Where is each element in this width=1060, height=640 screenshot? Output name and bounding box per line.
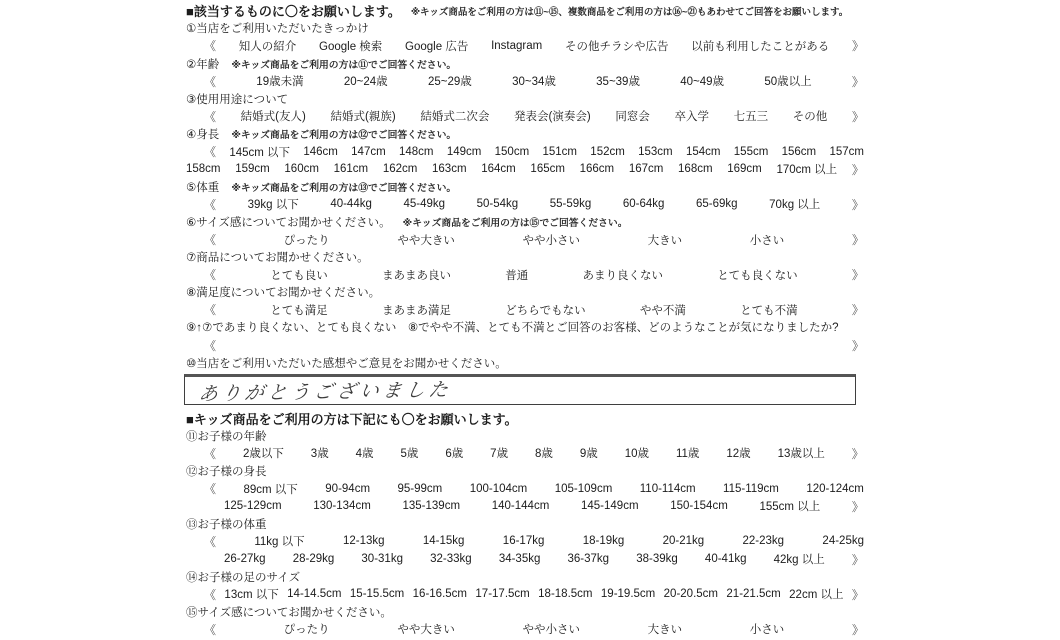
survey-option: Google 検索 xyxy=(319,38,382,54)
survey-option: 7歳 xyxy=(490,445,508,461)
question-label-row: ⑤体重※キッズ商品をご利用の方は⑬でご回答ください。 xyxy=(186,178,864,196)
survey-option: 168cm xyxy=(678,163,713,175)
survey-option: 155cm xyxy=(734,146,769,158)
open-bracket: 《 xyxy=(204,231,216,248)
survey-option: やや小さい xyxy=(522,621,580,637)
survey-option: 50歳以上 xyxy=(764,73,811,89)
close-bracket: 》 xyxy=(852,498,864,515)
survey-option: 90-94cm xyxy=(325,483,370,495)
section-header: ■該当するものに〇をお願いします。※キッズ商品をご利用の方は⑪~⑮、複数商品をご… xyxy=(186,2,864,20)
question-label-row: ⑬お子様の体重 xyxy=(186,515,864,533)
survey-option: 5歳 xyxy=(400,445,418,461)
question-q1: ①当店をご利用いただいたきっかけ《知人の紹介Google 検索Google 広告… xyxy=(186,20,864,55)
survey-option: まあまあ満足 xyxy=(382,302,451,318)
close-bracket: 》 xyxy=(852,196,864,213)
survey-option: 55-59kg xyxy=(550,198,592,210)
survey-option: 大きい xyxy=(648,232,683,248)
survey-option: とても良い xyxy=(270,267,328,283)
question-label: ⑭お子様の足のサイズ xyxy=(186,569,300,585)
survey-option: 26-27kg xyxy=(224,553,266,565)
question-label-row: ①当店をご利用いただいたきっかけ xyxy=(186,20,864,38)
close-bracket: 》 xyxy=(852,108,864,125)
open-bracket: 《 xyxy=(204,480,216,497)
open-bracket: 《 xyxy=(204,143,216,160)
close-bracket: 》 xyxy=(852,266,864,283)
close-bracket: 》 xyxy=(852,231,864,248)
question-q8: ⑧満足度についてお聞かせください。《とても満足まあまあ満足どちらでもないやや不満… xyxy=(186,284,864,319)
survey-option: 147cm xyxy=(351,146,386,158)
open-bracket: 《 xyxy=(204,73,216,90)
survey-option: 20-21kg xyxy=(663,535,705,547)
survey-option: 3歳 xyxy=(311,445,329,461)
survey-option: 120-124cm xyxy=(806,483,864,495)
question-q4: ④身長※キッズ商品をご利用の方は⑫でご回答ください。《145cm 以下146cm… xyxy=(186,125,864,178)
survey-option: 115-119cm xyxy=(723,483,779,495)
survey-option: 12-13kg xyxy=(343,535,385,547)
survey-option: あまり良くない xyxy=(582,267,663,283)
question-label: ⑤体重 xyxy=(186,179,219,195)
survey-option: 12歳 xyxy=(726,445,750,461)
survey-option: 145-149cm xyxy=(581,500,639,512)
handwritten-response: ありがとうございました xyxy=(197,375,454,406)
survey-option: 19-19.5cm xyxy=(601,588,655,600)
survey-option: 38-39kg xyxy=(636,553,678,565)
question-q11: ⑪お子様の年齢《2歳以下3歳4歳5歳6歳7歳8歳9歳10歳11歳12歳13歳以上… xyxy=(186,427,864,462)
question-label: ①当店をご利用いただいたきっかけ xyxy=(186,20,369,36)
question-label-row: ③使用用途について xyxy=(186,90,864,108)
survey-option: 9歳 xyxy=(580,445,598,461)
survey-option: 30~34歳 xyxy=(512,73,556,89)
question-label-row: ⑧満足度についてお聞かせください。 xyxy=(186,284,864,302)
survey-option: 知人の紹介 xyxy=(239,38,297,54)
question-label: ⑧満足度についてお聞かせください。 xyxy=(186,284,380,300)
survey-option: 以前も利用したことがある xyxy=(691,38,829,54)
options-row: 《2歳以下3歳4歳5歳6歳7歳8歳9歳10歳11歳12歳13歳以上》 xyxy=(186,445,864,463)
question-label: ③使用用途について xyxy=(186,91,288,107)
free-response-box: ありがとうございました xyxy=(184,374,856,405)
survey-option: 100-104cm xyxy=(470,483,528,495)
close-bracket: 》 xyxy=(852,337,864,354)
open-bracket: 《 xyxy=(204,586,216,603)
survey-option: 4歳 xyxy=(356,445,374,461)
survey-option: 70kg 以上 xyxy=(769,196,820,212)
survey-option: 89cm 以下 xyxy=(243,481,297,497)
survey-option: 19歳未満 xyxy=(256,73,303,89)
close-bracket: 》 xyxy=(852,161,864,178)
scanned-survey-page: ■該当するものに〇をお願いします。※キッズ商品をご利用の方は⑪~⑮、複数商品をご… xyxy=(0,0,1060,640)
options-row: 158cm159cm160cm161cm162cm163cm164cm165cm… xyxy=(186,160,864,178)
survey-option: 50-54kg xyxy=(477,198,519,210)
question-q3: ③使用用途について《結婚式(友人)結婚式(親族)結婚式二次会発表会(演奏会)同窓… xyxy=(186,90,864,125)
section-header: ■キッズ商品をご利用の方は下記にも〇をお願いします。 xyxy=(186,409,864,427)
survey-option: 14-14.5cm xyxy=(287,588,341,600)
question-label-row: ⑨↑⑦であまり良くない、とても良くない ⑧でやや不満、とても不満とご回答のお客様… xyxy=(186,319,864,337)
question-q13: ⑬お子様の体重《11kg 以下12-13kg14-15kg16-17kg18-1… xyxy=(186,515,864,568)
survey-option: 60-64kg xyxy=(623,198,665,210)
survey-option: 結婚式二次会 xyxy=(420,108,489,124)
survey-option: 65-69kg xyxy=(696,198,738,210)
survey-option: 154cm xyxy=(686,146,721,158)
survey-option: 125-129cm xyxy=(224,500,282,512)
options-row: 《89cm 以下90-94cm95-99cm100-104cm105-109cm… xyxy=(186,480,864,498)
open-bracket: 《 xyxy=(204,337,216,354)
survey-option: 発表会(演奏会) xyxy=(514,108,591,124)
question-note: ※キッズ商品をご利用の方は⑫でご回答ください。 xyxy=(231,127,456,141)
survey-option: 七五三 xyxy=(734,108,769,124)
open-bracket: 《 xyxy=(204,108,216,125)
survey-option: 135-139cm xyxy=(403,500,461,512)
survey-option: 40-44kg xyxy=(330,198,372,210)
question-q15: ⑮サイズ感についてお聞かせください。《ぴったりやや大きいやや小さい大きい小さい》 xyxy=(186,603,864,638)
survey-option: 25~29歳 xyxy=(428,73,472,89)
survey-option: 35~39歳 xyxy=(596,73,640,89)
survey-option: 18-18.5cm xyxy=(538,588,592,600)
section-title: ■キッズ商品をご利用の方は下記にも〇をお願いします。 xyxy=(186,409,518,428)
options-row: 《とても満足まあまあ満足どちらでもないやや不満とても不満》 xyxy=(186,301,864,319)
close-bracket: 》 xyxy=(852,301,864,318)
close-bracket: 》 xyxy=(852,586,864,603)
survey-option: 164cm xyxy=(481,163,516,175)
survey-option: 15-15.5cm xyxy=(350,588,404,600)
survey-option: 39kg 以下 xyxy=(248,196,299,212)
survey-option: ぴったり xyxy=(284,232,330,248)
survey-option: 95-99cm xyxy=(398,483,443,495)
question-label: ⑮サイズ感についてお聞かせください。 xyxy=(186,604,392,620)
question-label: ⑨↑⑦であまり良くない、とても良くない ⑧でやや不満、とても不満とご回答のお客様… xyxy=(186,319,839,335)
question-q14: ⑭お子様の足のサイズ《13cm 以下14-14.5cm15-15.5cm16-1… xyxy=(186,568,864,603)
close-bracket: 》 xyxy=(852,445,864,462)
survey-option: 170cm 以上 xyxy=(776,161,837,177)
options-row: 《結婚式(友人)結婚式(親族)結婚式二次会発表会(演奏会)同窓会卒入学七五三その… xyxy=(186,108,864,126)
survey-option: ぴったり xyxy=(284,621,330,637)
survey-option: 16-17kg xyxy=(503,535,545,547)
options-row: 《ぴったりやや大きいやや小さい大きい小さい》 xyxy=(186,621,864,639)
survey-option: その他チラシや広告 xyxy=(565,38,669,54)
question-label: ⑬お子様の体重 xyxy=(186,516,267,532)
survey-option: 40~49歳 xyxy=(680,73,724,89)
question-label-row: ⑩当店をご利用いただいた感想やご意見をお聞かせください。 xyxy=(186,354,864,372)
question-label: ④身長 xyxy=(186,126,219,142)
survey-option: 20-20.5cm xyxy=(664,588,718,600)
survey-option: 20~24歳 xyxy=(344,73,388,89)
survey-option: 8歳 xyxy=(535,445,553,461)
survey-section: ■キッズ商品をご利用の方は下記にも〇をお願いします。⑪お子様の年齢《2歳以下3歳… xyxy=(186,409,864,638)
survey-option: 45-49kg xyxy=(403,198,445,210)
survey-option: 158cm xyxy=(186,163,221,175)
question-q5: ⑤体重※キッズ商品をご利用の方は⑬でご回答ください。《39kg 以下40-44k… xyxy=(186,178,864,213)
open-bracket: 《 xyxy=(204,533,216,550)
survey-option: 22-23kg xyxy=(743,535,785,547)
question-label-row: ⑮サイズ感についてお聞かせください。 xyxy=(186,603,864,621)
question-q6: ⑥サイズ感についてお聞かせください。※キッズ商品をご利用の方は⑮でご回答ください… xyxy=(186,213,864,248)
survey-option: 148cm xyxy=(399,146,434,158)
survey-option: どちらでもない xyxy=(505,302,585,318)
close-bracket: 》 xyxy=(852,621,864,638)
survey-option: 152cm xyxy=(590,146,625,158)
open-bracket: 《 xyxy=(204,196,216,213)
question-q2: ②年齢※キッズ商品をご利用の方は⑪でご回答ください。《19歳未満20~24歳25… xyxy=(186,55,864,90)
options-row: 125-129cm130-134cm135-139cm140-144cm145-… xyxy=(186,497,864,515)
survey-option: 140-144cm xyxy=(492,500,550,512)
survey-option: 14-15kg xyxy=(423,535,465,547)
survey-option: 21-21.5cm xyxy=(726,588,780,600)
survey-option: 17-17.5cm xyxy=(475,588,529,600)
survey-option: 130-134cm xyxy=(313,500,371,512)
question-label-row: ⑥サイズ感についてお聞かせください。※キッズ商品をご利用の方は⑮でご回答ください… xyxy=(186,213,864,231)
survey-option: とても満足 xyxy=(270,302,328,318)
question-label: ⑫お子様の身長 xyxy=(186,463,267,479)
survey-option: 28-29kg xyxy=(293,553,335,565)
survey-option: とても良くない xyxy=(717,267,798,283)
survey-option: 157cm xyxy=(829,146,864,158)
close-bracket: 》 xyxy=(852,551,864,568)
question-label: ⑥サイズ感についてお聞かせください。 xyxy=(186,214,391,230)
survey-option: 10歳 xyxy=(625,445,649,461)
survey-option: 22cm 以上 xyxy=(789,586,843,602)
options-row: 26-27kg28-29kg30-31kg32-33kg34-35kg36-37… xyxy=(186,550,864,568)
survey-option: 16-16.5cm xyxy=(413,588,467,600)
open-bracket: 《 xyxy=(204,37,216,54)
survey-option: 110-114cm xyxy=(640,483,696,495)
question-note: ※キッズ商品をご利用の方は⑪でご回答ください。 xyxy=(231,57,456,71)
question-label-row: ⑫お子様の身長 xyxy=(186,462,864,480)
survey-option: まあまあ良い xyxy=(382,267,451,283)
question-q10: ⑩当店をご利用いただいた感想やご意見をお聞かせください。ありがとうございました xyxy=(186,354,864,406)
options-row: 《11kg 以下12-13kg14-15kg16-17kg18-19kg20-2… xyxy=(186,533,864,551)
question-label: ②年齢 xyxy=(186,56,219,72)
survey-option: 153cm xyxy=(638,146,673,158)
survey-option: 34-35kg xyxy=(499,553,541,565)
survey-option: やや大きい xyxy=(397,621,455,637)
survey-option: Google 広告 xyxy=(405,38,468,54)
survey-option: 145cm 以下 xyxy=(229,144,290,160)
survey-option: 155cm 以上 xyxy=(760,498,821,514)
survey-option: 150-154cm xyxy=(670,500,728,512)
question-label-row: ⑦商品についてお聞かせください。 xyxy=(186,248,864,266)
close-bracket: 》 xyxy=(852,37,864,54)
section-title: ■該当するものに〇をお願いします。 xyxy=(186,1,401,20)
survey-option: 156cm xyxy=(782,146,817,158)
survey-option: 163cm xyxy=(432,163,467,175)
options-row: 《とても良いまあまあ良い普通あまり良くないとても良くない》 xyxy=(186,266,864,284)
survey-option: 結婚式(友人) xyxy=(241,108,306,124)
survey-option: 11kg 以下 xyxy=(254,533,304,549)
question-note: ※キッズ商品をご利用の方は⑮でご回答ください。 xyxy=(403,215,628,229)
question-label-row: ⑭お子様の足のサイズ xyxy=(186,568,864,586)
survey-option: やや不満 xyxy=(640,302,686,318)
survey-option: 18-19kg xyxy=(583,535,625,547)
survey-option: 2歳以下 xyxy=(243,445,284,461)
options-row: 《145cm 以下146cm147cm148cm149cm150cm151cm1… xyxy=(186,143,864,161)
question-label: ⑦商品についてお聞かせください。 xyxy=(186,249,369,265)
survey-option: 166cm xyxy=(580,163,615,175)
survey-option: やや小さい xyxy=(522,232,580,248)
survey-option: 大きい xyxy=(648,621,683,637)
question-label: ⑪お子様の年齢 xyxy=(186,428,267,444)
survey-option: 普通 xyxy=(505,267,528,283)
survey-option: やや大きい xyxy=(397,232,455,248)
survey-option: 160cm xyxy=(284,163,319,175)
survey-option: 159cm xyxy=(235,163,270,175)
open-bracket: 《 xyxy=(204,445,216,462)
survey-option: 13cm 以下 xyxy=(224,586,278,602)
survey-option: 同窓会 xyxy=(615,108,650,124)
question-label-row: ④身長※キッズ商品をご利用の方は⑫でご回答ください。 xyxy=(186,125,864,143)
options-row: 《39kg 以下40-44kg45-49kg50-54kg55-59kg60-6… xyxy=(186,196,864,214)
survey-option: 162cm xyxy=(383,163,418,175)
survey-option: 13歳以上 xyxy=(778,445,825,461)
open-bracket: 《 xyxy=(204,621,216,638)
survey-option: 結婚式(親族) xyxy=(331,108,396,124)
section-note: ※キッズ商品をご利用の方は⑪~⑮、複数商品をご利用の方は⑯~㉑もあわせてご回答を… xyxy=(411,4,848,18)
survey-option: 151cm xyxy=(542,146,577,158)
survey-option: 6歳 xyxy=(445,445,463,461)
survey-option: 105-109cm xyxy=(555,483,613,495)
survey-option: とても不満 xyxy=(740,302,798,318)
question-q9: ⑨↑⑦であまり良くない、とても良くない ⑧でやや不満、とても不満とご回答のお客様… xyxy=(186,319,864,354)
survey-option: その他 xyxy=(793,108,828,124)
survey-option: 11歳 xyxy=(676,445,699,461)
survey-option: 169cm xyxy=(727,163,762,175)
survey-option: 42kg 以上 xyxy=(774,551,825,567)
survey-option: 146cm xyxy=(303,146,338,158)
close-bracket: 》 xyxy=(852,73,864,90)
survey-option: 161cm xyxy=(334,163,369,175)
question-note: ※キッズ商品をご利用の方は⑬でご回答ください。 xyxy=(231,180,456,194)
open-bracket: 《 xyxy=(204,301,216,318)
question-q12: ⑫お子様の身長《89cm 以下90-94cm95-99cm100-104cm10… xyxy=(186,462,864,515)
survey-option: 165cm xyxy=(530,163,565,175)
survey-option: 150cm xyxy=(495,146,530,158)
survey-option: 24-25kg xyxy=(822,535,864,547)
survey-option: 小さい xyxy=(750,232,785,248)
survey-option: 40-41kg xyxy=(705,553,747,565)
options-row: 《ぴったりやや大きいやや小さい大きい小さい》 xyxy=(186,231,864,249)
options-row: 《13cm 以下14-14.5cm15-15.5cm16-16.5cm17-17… xyxy=(186,585,864,603)
survey-option: 149cm xyxy=(447,146,482,158)
question-label-row: ⑪お子様の年齢 xyxy=(186,427,864,445)
survey-option: 小さい xyxy=(750,621,785,637)
question-q7: ⑦商品についてお聞かせください。《とても良いまあまあ良い普通あまり良くないとても… xyxy=(186,248,864,283)
survey-option: 卒入学 xyxy=(674,108,709,124)
survey-option: 167cm xyxy=(629,163,664,175)
survey-document: ■該当するものに〇をお願いします。※キッズ商品をご利用の方は⑪~⑮、複数商品をご… xyxy=(186,2,864,638)
options-row: 《》 xyxy=(186,336,864,354)
survey-option: Instagram xyxy=(491,40,542,52)
survey-option: 36-37kg xyxy=(568,553,610,565)
options-row: 《知人の紹介Google 検索Google 広告Instagramその他チラシや… xyxy=(186,37,864,55)
survey-option: 30-31kg xyxy=(361,553,403,565)
options-row: 《19歳未満20~24歳25~29歳30~34歳35~39歳40~49歳50歳以… xyxy=(186,72,864,90)
question-label: ⑩当店をご利用いただいた感想やご意見をお聞かせください。 xyxy=(186,355,507,371)
open-bracket: 《 xyxy=(204,266,216,283)
question-label-row: ②年齢※キッズ商品をご利用の方は⑪でご回答ください。 xyxy=(186,55,864,73)
survey-section: ■該当するものに〇をお願いします。※キッズ商品をご利用の方は⑪~⑮、複数商品をご… xyxy=(186,2,864,405)
survey-option: 32-33kg xyxy=(430,553,472,565)
